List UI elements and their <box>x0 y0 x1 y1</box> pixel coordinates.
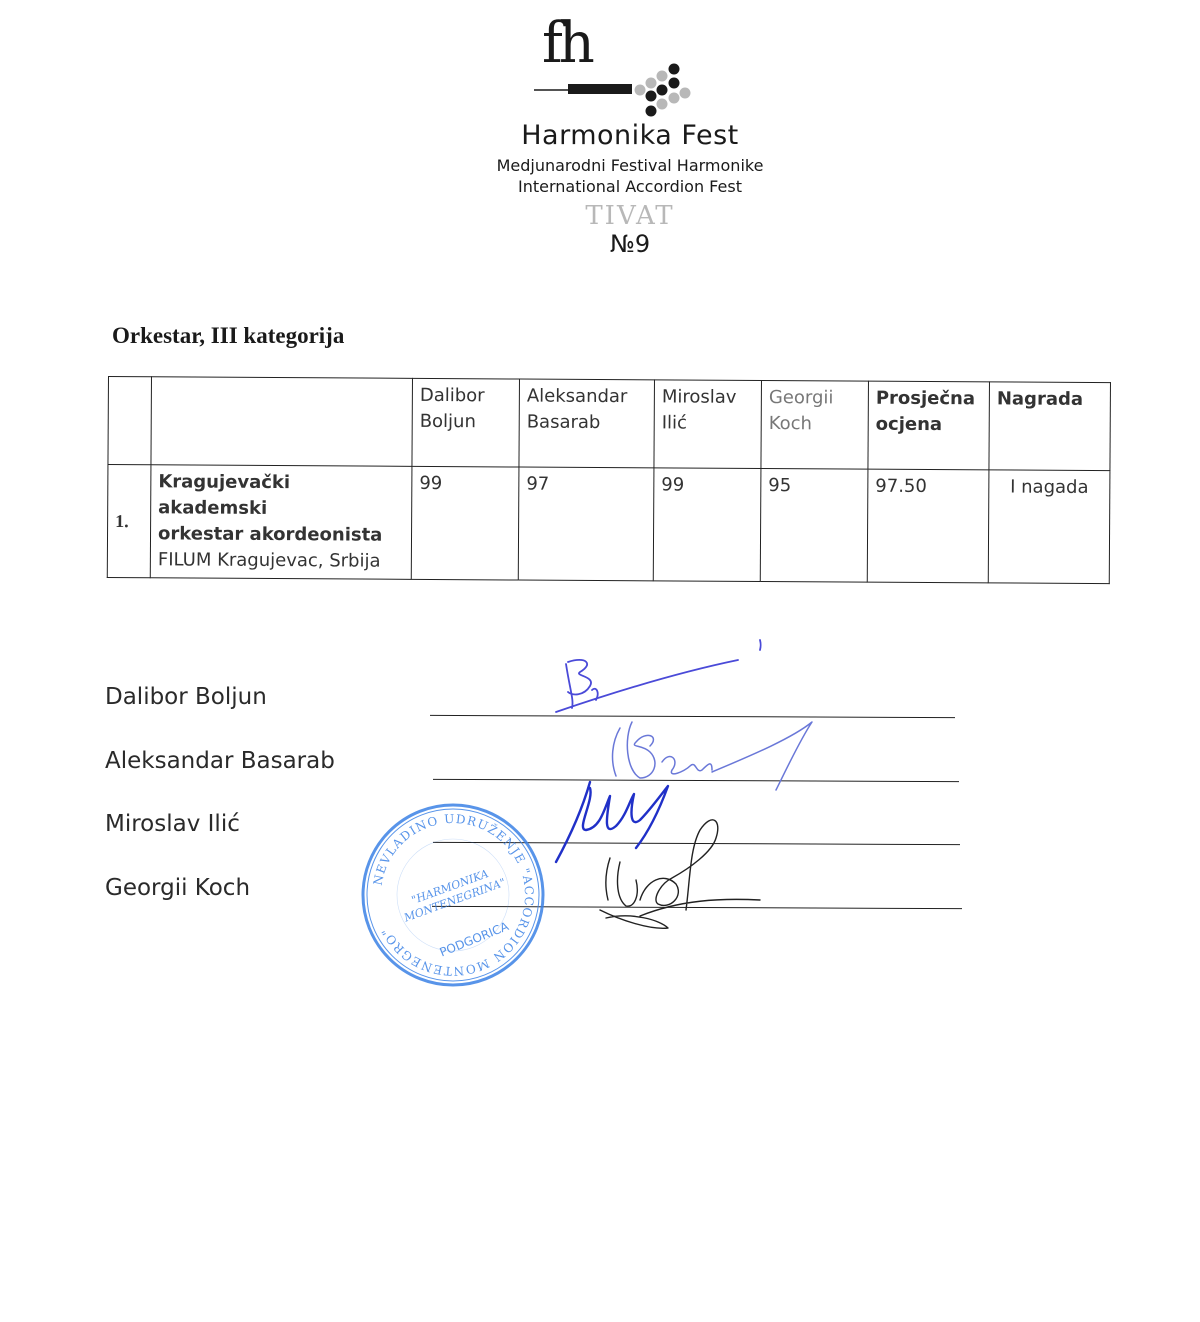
header-judge-1: Dalibor Boljun <box>412 378 520 467</box>
signature-name-judge-2: Aleksandar Basarab <box>105 748 335 774</box>
header-average: Prosječna ocjena <box>868 381 990 470</box>
category-title: Orkestar, III kategorija <box>112 323 344 349</box>
score-judge-1: 99 <box>411 466 519 580</box>
signature-line-judge-1 <box>430 715 955 718</box>
header-judge-2: Aleksandar Basarab <box>519 379 655 468</box>
judge-1-first-name: Dalibor <box>420 383 512 410</box>
header-judge-4: Georgii Koch <box>761 380 869 469</box>
header-judge-3: Miroslav Ilić <box>654 380 762 469</box>
participant-cell: Kragujevački akademski orkestar akordeon… <box>150 465 412 580</box>
signature-line-judge-2 <box>433 779 959 782</box>
average-label-line-2: ocjena <box>876 412 982 439</box>
participant-name-line-2: orkestar akordeonista <box>158 521 404 549</box>
judge-4-first-name: Georgii <box>769 385 861 412</box>
judge-3-first-name: Miroslav <box>662 384 754 411</box>
award-value: I nagada <box>988 470 1110 584</box>
average-label-line-1: Prosječna <box>876 386 982 413</box>
judge-4-last-name: Koch <box>769 411 861 438</box>
signature-row-judge-2: Aleksandar Basarab <box>105 748 975 798</box>
festival-subtitle-english: International Accordion Fest <box>480 177 780 196</box>
organization-stamp-icon: NEVLADINO UDRUŽENJE "ACCORDION MONTENEGR… <box>358 800 548 990</box>
judge-3-last-name: Ilić <box>662 410 754 437</box>
score-judge-3: 99 <box>653 468 761 582</box>
festival-title: Harmonika Fest <box>480 120 780 151</box>
average-score: 97.50 <box>867 469 989 583</box>
score-judge-4: 95 <box>760 468 868 582</box>
festival-logo: fh Harmonika Fest Medjunarodni Festival … <box>480 14 780 264</box>
logo-monogram: fh <box>542 16 591 72</box>
header-participant <box>151 377 413 467</box>
participant-origin: FILUM Kragujevac, Srbija <box>158 548 404 576</box>
score-judge-2: 97 <box>518 467 654 581</box>
header-number <box>108 377 152 465</box>
header-award: Nagrada <box>989 382 1111 471</box>
table-row: 1. Kragujevački akademski orkestar akord… <box>107 465 1110 584</box>
signature-name-judge-3: Miroslav Ilić <box>105 811 240 837</box>
festival-city: TIVAT <box>480 201 780 231</box>
judge-1-last-name: Boljun <box>420 409 512 436</box>
signature-name-judge-1: Dalibor Boljun <box>105 684 267 710</box>
table-header-row: Dalibor Boljun Aleksandar Basarab Mirosl… <box>108 377 1111 471</box>
festival-subtitle-local: Medjunarodni Festival Harmonike <box>460 156 800 175</box>
signature-name-judge-4: Georgii Koch <box>105 875 250 901</box>
judge-2-first-name: Aleksandar <box>527 384 647 411</box>
judge-2-last-name: Basarab <box>527 410 647 437</box>
results-table: Dalibor Boljun Aleksandar Basarab Mirosl… <box>107 376 1111 584</box>
festival-edition: №9 <box>480 230 780 258</box>
row-number: 1. <box>107 465 151 579</box>
participant-name-line-1: Kragujevački akademski <box>158 469 404 523</box>
signature-row-judge-1: Dalibor Boljun <box>105 684 975 734</box>
